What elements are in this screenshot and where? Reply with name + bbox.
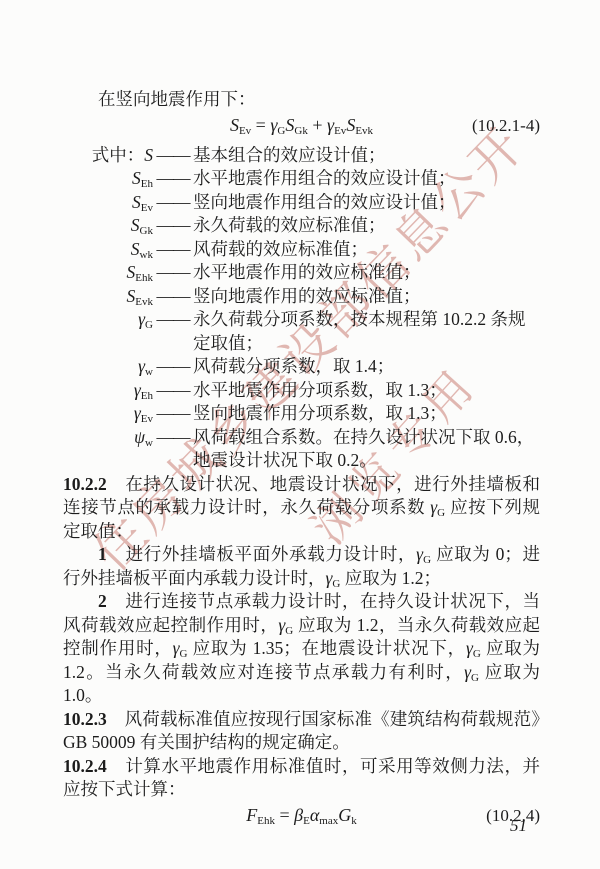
symbol-definition: 风荷载组合系数。在持久设计状况下取 0.6，地震设计状况下取 0.2。 [193,426,540,473]
symbol-definition-row: SGk —— 永久荷载的效应标准值； [63,214,540,238]
symbol-definition-row: 式中：S —— 基本组合的效应设计值； [63,144,540,168]
symbol-definition: 竖向地震作用组合的效应设计值； [193,191,540,215]
equation-number: (10.2.1-4) [472,114,540,138]
symbol-definition: 永久荷载分项系数，按本规程第 10.2.2 条规定取值； [193,308,540,355]
symbol-definition-row: ψw —— 风荷载组合系数。在持久设计状况下取 0.6，地震设计状况下取 0.2… [63,426,540,473]
clause-paragraph: 10.2.2 在持久设计状况、地震设计状况下，进行外挂墙板和连接节点的承载力设计… [63,473,540,544]
definition-dash: —— [153,402,193,426]
symbol: SGk [63,214,153,238]
symbol-definition-row: γEv —— 竖向地震作用分项系数，取 1.3； [63,402,540,426]
symbol: Swk [63,238,153,262]
symbol-definition: 竖向地震作用的效应标准值； [193,285,540,309]
symbol-definition: 永久荷载的效应标准值； [193,214,540,238]
definition-dash: —— [153,238,193,262]
symbol-definition-row: γG —— 永久荷载分项系数，按本规程第 10.2.2 条规定取值； [63,308,540,355]
symbol-definition: 水平地震作用组合的效应设计值； [193,167,540,191]
intro-line: 在竖向地震作用下： [63,88,540,112]
symbol-definition-row: SEvk —— 竖向地震作用的效应标准值； [63,285,540,309]
symbol: SEhk [63,261,153,285]
symbol: γEv [63,402,153,426]
definition-dash: —— [153,191,193,215]
symbol: 式中：S [63,144,153,168]
clause-paragraph: 10.2.4 计算水平地震作用标准值时，可采用等效侧力法，并应按下式计算： [63,755,540,802]
symbol: ψw [63,426,153,450]
equation-10-2-1-4: SEv = γGSGk + γEvSEvk (10.2.1-4) [63,112,540,144]
equation-10-2-4: FEhk = βEαmaxGk (10.2.4) [63,802,540,834]
clause-paragraph: 10.2.3 风荷载标准值应按现行国家标准《建筑结构荷载规范》GB 50009 … [63,708,540,755]
equation-formula: SEv = γGSGk + γEvSEvk [230,115,373,135]
symbol-definition-row: SEh —— 水平地震作用组合的效应设计值； [63,167,540,191]
definition-dash: —— [153,144,193,168]
symbol-definition: 竖向地震作用分项系数，取 1.3； [193,402,540,426]
symbol-definition-row: SEhk —— 水平地震作用的效应标准值； [63,261,540,285]
symbol-definition-row: SEv —— 竖向地震作用组合的效应设计值； [63,191,540,215]
definition-dash: —— [153,355,193,379]
definition-dash: —— [153,426,193,450]
definition-dash: —— [153,379,193,403]
page-body: 在竖向地震作用下： SEv = γGSGk + γEvSEvk (10.2.1-… [63,88,540,834]
symbol: SEv [63,191,153,215]
symbol: γw [63,355,153,379]
symbol-definition: 风荷载的效应标准值； [193,238,540,262]
symbol: SEh [63,167,153,191]
clause-paragraph: 1 进行外挂墙板平面外承载力设计时，γG 应取为 0；进行外挂墙板平面内承载力设… [63,543,540,590]
symbol-definition-row: Swk —— 风荷载的效应标准值； [63,238,540,262]
symbol-definition-row: γw —— 风荷载分项系数，取 1.4； [63,355,540,379]
symbol: SEvk [63,285,153,309]
equation-formula: FEhk = βEαmaxGk [246,805,357,825]
clause-paragraphs: 10.2.2 在持久设计状况、地震设计状况下，进行外挂墙板和连接节点的承载力设计… [63,473,540,802]
symbol: γG [63,308,153,332]
symbol-definition: 基本组合的效应设计值； [193,144,540,168]
symbol-definition: 风荷载分项系数，取 1.4； [193,355,540,379]
symbol-definition-row: γEh —— 水平地震作用分项系数，取 1.3； [63,379,540,403]
page-number: 51 [510,814,527,838]
symbol-definition: 水平地震作用分项系数，取 1.3； [193,379,540,403]
definition-dash: —— [153,308,193,332]
symbol-definition-list: 式中：S —— 基本组合的效应设计值； SEh —— 水平地震作用组合的效应设计… [63,144,540,473]
definition-dash: —— [153,285,193,309]
clause-paragraph: 2 进行连接节点承载力设计时，在持久设计状况下，当风荷载效应起控制作用时，γG … [63,590,540,708]
definition-dash: —— [153,214,193,238]
document-page: 住房城乡建设部信息公开 浏览专用 在竖向地震作用下： SEv = γGSGk +… [0,0,600,869]
definition-dash: —— [153,261,193,285]
symbol: γEh [63,379,153,403]
symbol-definition: 水平地震作用的效应标准值； [193,261,540,285]
definition-dash: —— [153,167,193,191]
